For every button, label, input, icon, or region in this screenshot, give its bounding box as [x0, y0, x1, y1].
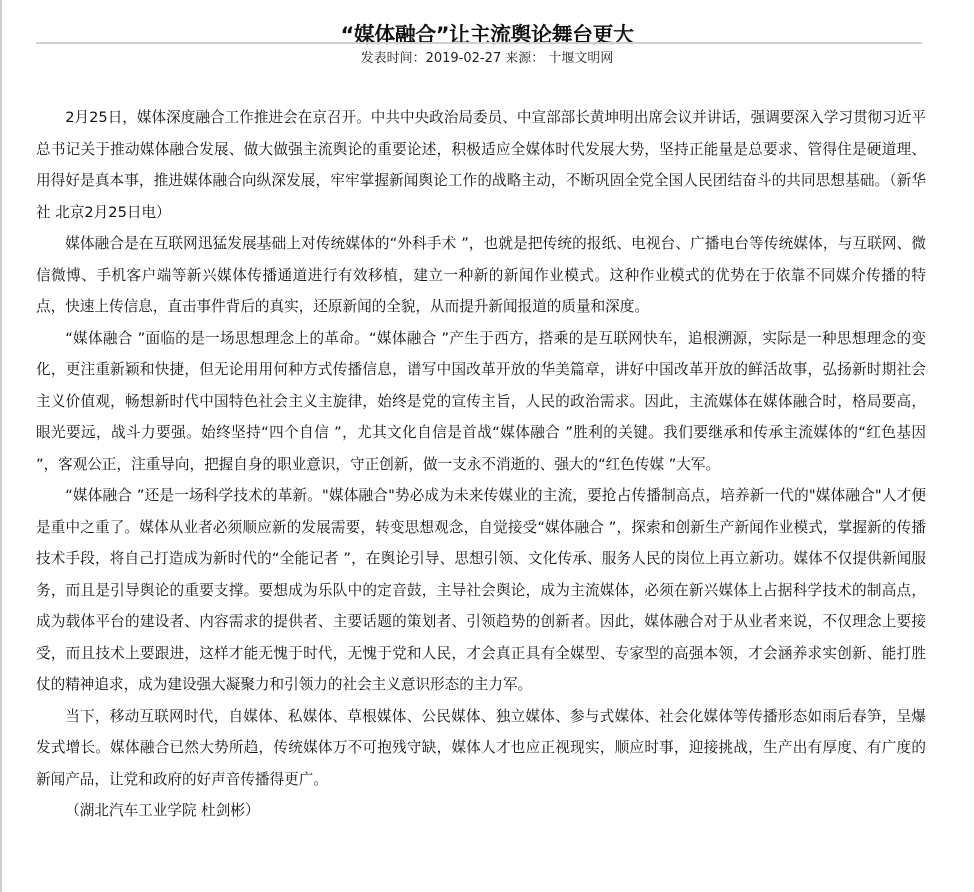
article-paragraph: 2月25日，媒体深度融合工作推进会在京召开。中共中央政治局委员、中宣部部长黄坤明… — [36, 102, 926, 228]
article-signature: （湖北汽车工业学院 杜剑彬） — [36, 795, 926, 827]
article-paragraph: 媒体融合是在互联网迅猛发展基础上对传统媒体的“外科手术 ”，也就是把传统的报纸、… — [36, 228, 926, 323]
article-paragraph: “媒体融合 ”面临的是一场思想理念上的革命。“媒体融合 ”产生于西方，搭乘的是互… — [36, 323, 926, 481]
title-divider — [36, 42, 922, 44]
article-paragraph: 当下，移动互联网时代，自媒体、私媒体、草根媒体、公民媒体、独立媒体、参与式媒体、… — [36, 701, 926, 796]
page-left-border — [0, 0, 2, 892]
article-title: “媒体融合”让主流舆论舞台更大 — [0, 22, 974, 48]
article-meta: 发表时间：2019-02-27 来源： 十堰文明网 — [0, 50, 974, 68]
article-paragraph: “媒体融合 ”还是一场科学技术的革新。"媒体融合"势必成为未来传媒业的主流，要抢… — [36, 480, 926, 701]
article-body: 2月25日，媒体深度融合工作推进会在京召开。中共中央政治局委员、中宣部部长黄坤明… — [36, 102, 926, 827]
